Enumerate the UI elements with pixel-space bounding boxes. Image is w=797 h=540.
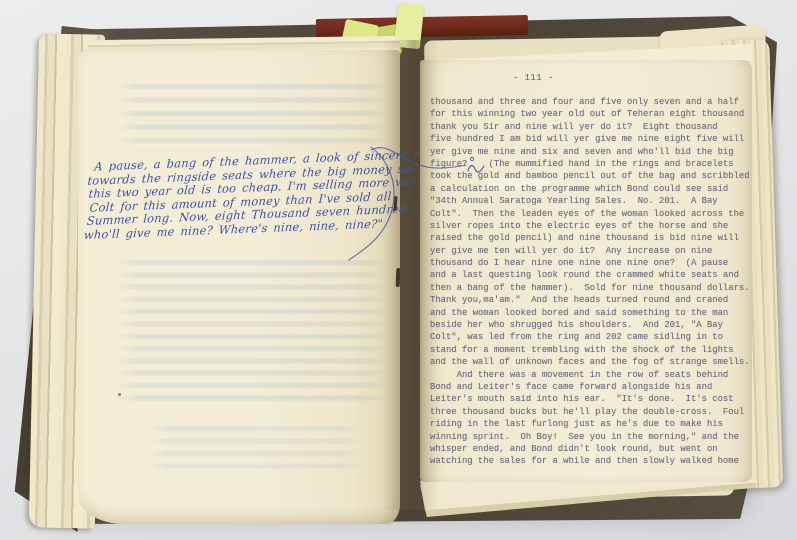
left-page: A pause, a bang of the hammer, a look of… [78,50,400,524]
binding-stitch [393,196,397,211]
typed-line: Thank you,ma'am." And the heads turned r… [430,294,752,306]
typed-line: riding in the last furlong just as he's … [430,418,752,430]
typed-line: beside her who shrugged his shoulders. A… [430,319,752,331]
typed-line: yer give me nine and six and seven and w… [430,146,752,158]
typed-line: winning sprint. Oh Boy! See you in the m… [430,431,752,443]
handwritten-annotation: A pause, a bang of the hammer, a look of… [83,149,394,243]
typed-line: Leiter's mouth said into his ear. "It's … [430,393,752,405]
ink-dot [118,393,121,396]
typed-line: five hundred I am bid will yer give me n… [430,133,752,145]
typed-line: and the woman looked bored and said some… [430,307,752,319]
typed-line: yer give me ten will yer do it? Any incr… [430,245,752,257]
typed-text-block: thousand and three and four and five onl… [430,96,752,468]
typed-line: thousand do I hear nine one nine one nin… [430,257,752,269]
typed-line: three thousand bucks but he'll play the … [430,406,752,418]
typed-line: then a bang of the hammer). Sold for nin… [430,282,752,294]
typed-line: thousand and three and four and five onl… [430,96,752,108]
page-number: - 111 - [513,73,554,83]
book-gutter [382,40,440,510]
typed-line: Bond and Leiter's face came forward alon… [430,381,752,393]
right-page: - 111 - thousand and three and four and … [420,60,752,482]
typed-line: Colt". Then the leaden eyes of the woman… [430,208,752,220]
typed-line: Colt", was led from the ring and 202 cam… [430,331,752,343]
typed-line: for this winning two year old out of Teh… [430,108,752,120]
typed-line: silver ropes into the electric eyes of t… [430,220,752,232]
typed-line: thank you Sir and nine will yer do it? E… [430,121,752,133]
typed-line: stand for a moment trembling with the sh… [430,344,752,356]
bleedthrough-text-block [116,260,388,404]
bleedthrough-text-block [150,426,360,474]
typed-line: and the wall of unknown faces and the fo… [430,356,752,368]
typed-line: and a last questing look round the cramm… [430,269,752,281]
typed-line: And there was a movement in the row of s… [430,369,752,381]
typed-line: raised the gold pencil) and nine thousan… [430,232,752,244]
typed-line: figure? (The mummified hand in the rings… [430,158,752,170]
typed-line: watching the sales for a while and then … [430,455,752,467]
typed-line: took the gold and bamboo pencil out of t… [430,170,752,182]
manuscript-photo: A pause, a bang of the hammer, a look of… [0,0,797,540]
typed-line: a calculation on the programme which Bon… [430,183,752,195]
typed-line: whisper ended, and Bond didn't look roun… [430,443,752,455]
bleedthrough-text-block [118,84,386,152]
binding-stitch [396,268,401,287]
typed-line: "34th Annual Saratoga Yearling Sales. No… [430,195,752,207]
